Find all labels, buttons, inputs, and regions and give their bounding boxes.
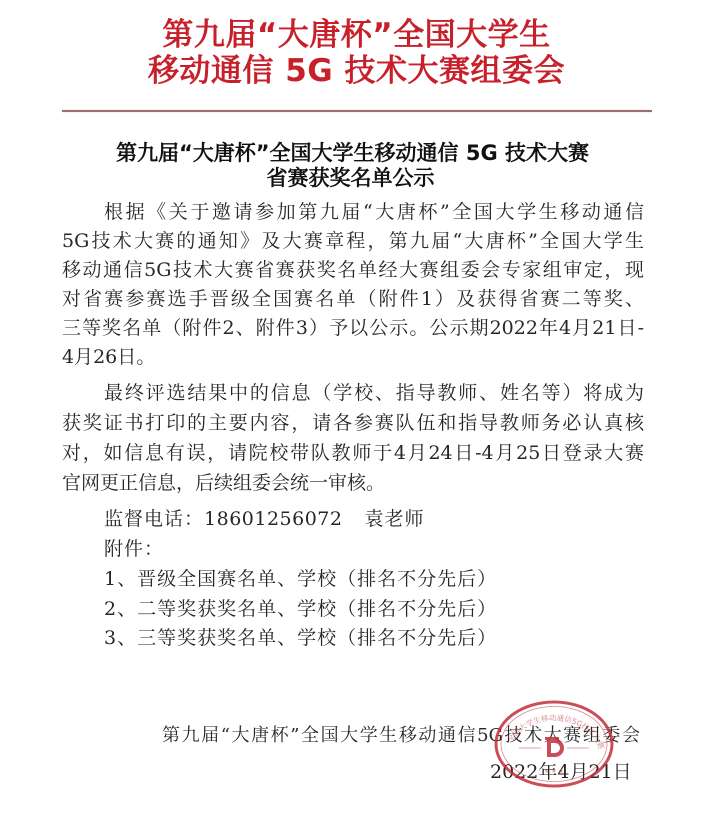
attachment-item: 3、三等奖获奖名单、学校（排名不分先后） xyxy=(104,624,497,653)
attachment-item: 1、晋级全国赛名单、学校（排名不分先后） xyxy=(104,565,497,594)
signoff-date: 2022年4月21日 xyxy=(490,758,632,786)
contact-phone: 18601256072 xyxy=(204,508,342,530)
notice-title-line-1: 第九届“大唐杯”全国大学生移动通信 5G 技术大赛 xyxy=(0,140,709,166)
paragraph-1-line: 对省赛参赛选手晋级全国赛名单（附件1）及获得省赛二等奖、 xyxy=(62,285,644,314)
paragraph-2-line: 最终评选结果中的信息（学校、指导教师、姓名等）将成为 xyxy=(104,379,644,408)
letterhead-divider xyxy=(62,110,652,112)
paragraph-2-line: 官网更正信息，后续组委会统一审核。 xyxy=(62,469,644,498)
letterhead-line-1: 第九届“大唐杯”全国大学生 xyxy=(0,18,713,52)
paragraph-1-line: 移动通信5G技术大赛省赛获奖名单经大赛组委会专家组审定，现 xyxy=(62,256,644,285)
paragraph-1-line: 5G技术大赛的通知》及大赛章程，第九届“大唐杯”全国大学生 xyxy=(62,227,644,256)
contact-label: 监督电话： xyxy=(104,508,204,530)
paragraph-1-line: 根据《关于邀请参加第九届“大唐杯”全国大学生移动通信 xyxy=(104,198,644,227)
notice-title-line-2: 省赛获奖名单公示 xyxy=(0,165,707,191)
contact-person: 袁老师 xyxy=(365,508,425,530)
signoff-organization: 第九届“大唐杯”全国大学生移动通信5G技术大赛组委会 xyxy=(162,722,640,750)
paragraph-1-line: 4月26日。 xyxy=(62,343,644,372)
attachment-item: 2、二等奖获奖名单、学校（排名不分先后） xyxy=(104,595,497,624)
paragraph-2-line: 对，如信息有误，请院校带队教师于4月24日-4月25日登录大赛 xyxy=(62,439,644,468)
paragraph-2-line: 获奖证书打印的主要内容，请各参赛队伍和指导教师务必认真核 xyxy=(62,409,644,438)
paragraph-1-line: 三等奖名单（附件2、附件3）予以公示。公示期2022年4月21日- xyxy=(62,314,644,343)
attachments-label: 附件： xyxy=(104,535,164,564)
contact-line: 监督电话：18601256072袁老师 xyxy=(104,505,425,534)
letterhead-line-2: 移动通信 5G 技术大赛组委会 xyxy=(0,54,713,88)
